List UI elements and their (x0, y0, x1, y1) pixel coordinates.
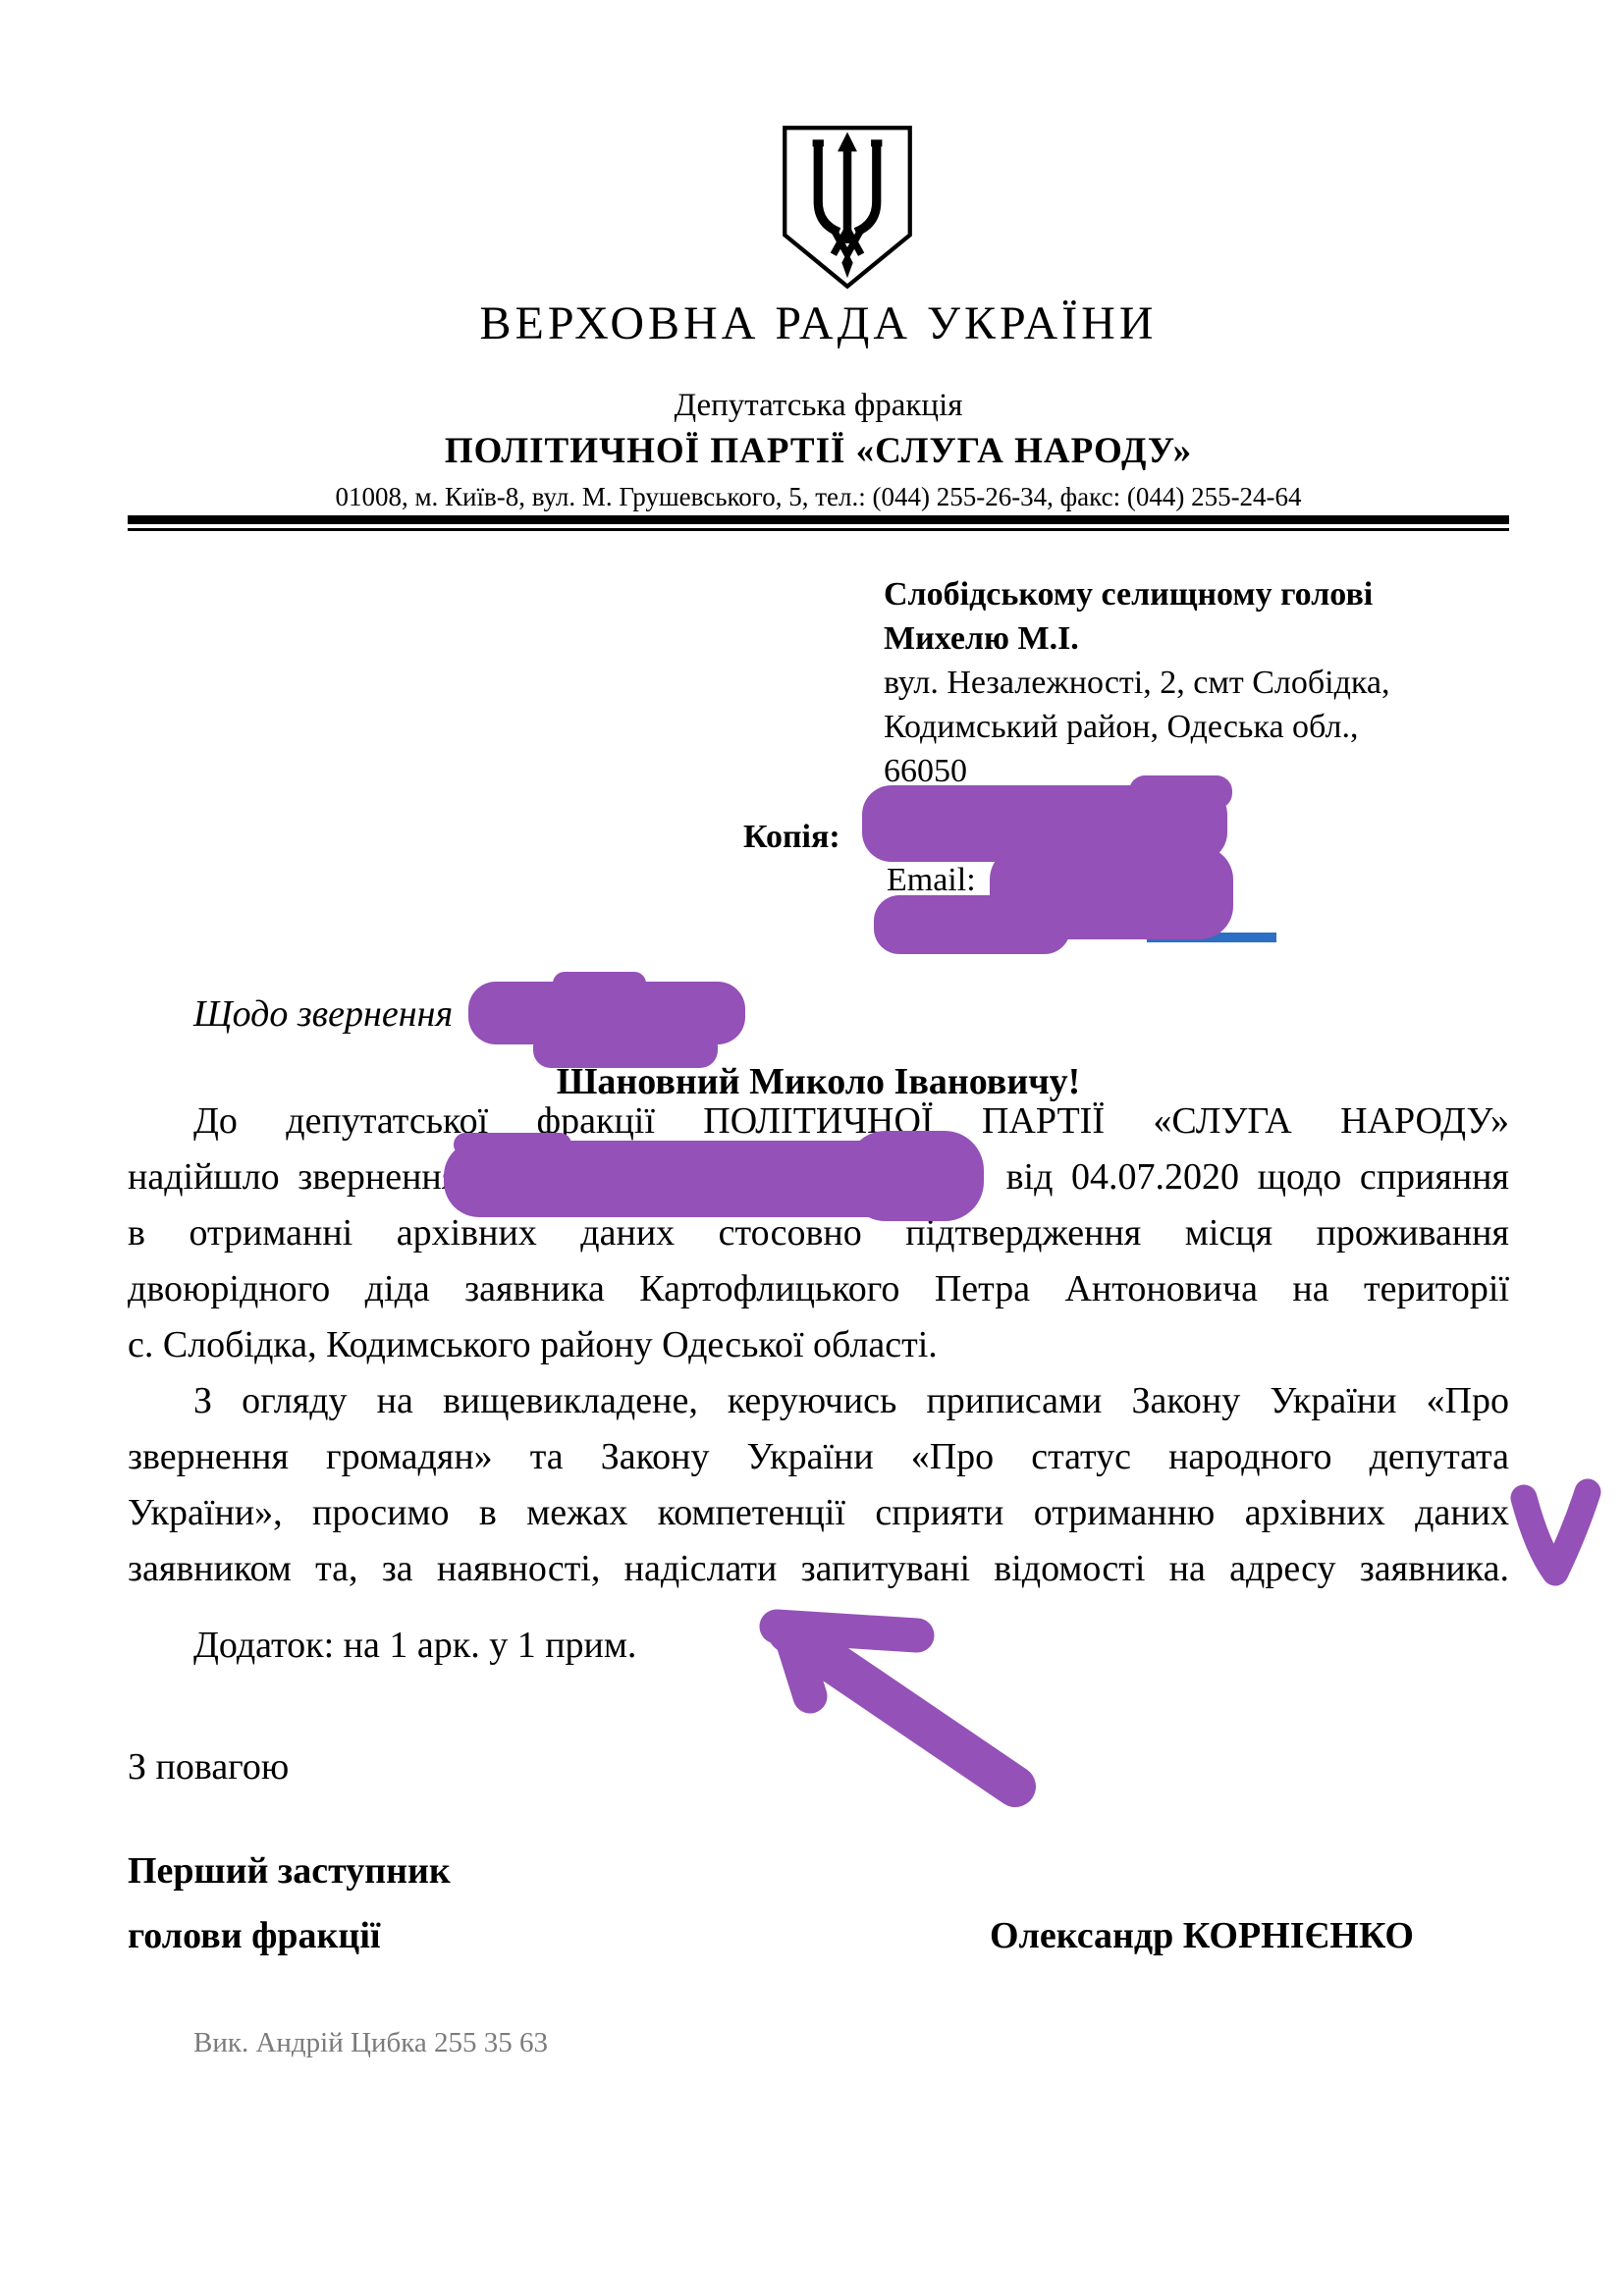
applicant-redaction-blob (846, 1131, 984, 1221)
letter-page: ВЕРХОВНА РАДА УКРАЇНИ Депутатська фракці… (0, 0, 1624, 2296)
letterhead-divider-thin (128, 528, 1509, 531)
closing-regards: З повагою (128, 1739, 289, 1795)
executor-note: Вик. Андрій Цибка 255 35 63 (193, 2024, 548, 2061)
body-line-segment: від 04.07.2020 щодо сприяння (1006, 1156, 1509, 1198)
trident-icon (778, 124, 917, 291)
body-line: України», просимо в межах компетенції сп… (128, 1485, 1509, 1541)
checkmark-annotation (1524, 1492, 1588, 1573)
subject-redaction-blob (553, 972, 646, 995)
org-subtitle-fraction: Депутатська фракція (128, 385, 1509, 426)
recipient-line: Слобідському селищному голові (884, 572, 1434, 616)
paragraph-2: З огляду на вищевикладене, керуючись при… (128, 1373, 1509, 1597)
signer-name: Олександр КОРНІЄНКО (943, 1908, 1414, 1964)
recipient-line: Кодимський район, Одеська обл., (884, 705, 1434, 749)
org-address: 01008, м. Київ-8, вул. М. Грушевського, … (128, 480, 1509, 513)
signer-title-line1: Перший заступник (128, 1843, 451, 1899)
arrow-annotation (777, 1627, 1015, 1787)
signer-title-line2: голови фракції (128, 1908, 380, 1964)
subject-line: Щодо звернення (193, 989, 453, 1039)
body-line: заявником та, за наявності, надіслати за… (128, 1541, 1509, 1597)
body-line: З огляду на вищевикладене, керуючись при… (128, 1373, 1509, 1429)
letterhead-divider-thick (128, 515, 1509, 524)
applicant-redaction-blob (454, 1133, 571, 1156)
recipient-line: вул. Незалежності, 2, смт Слобідка, (884, 661, 1434, 705)
ukraine-trident-emblem (778, 124, 917, 291)
email-redaction-blob (874, 895, 1070, 954)
copy-label: Копія: (743, 815, 840, 859)
copy-redaction-blob (1129, 775, 1232, 809)
body-line: с. Слобідка, Кодимського району Одеської… (128, 1317, 1509, 1373)
recipient-line: Михелю М.І. (884, 616, 1434, 661)
body-line-segment: надійшло звернення (128, 1156, 459, 1198)
recipient-block: Слобідському селищному голові Михелю М.І… (884, 572, 1434, 793)
paragraph-1: До депутатської фракції ПОЛІТИЧНОЇ ПАРТІ… (128, 1094, 1509, 1373)
body-line: двоюрідного діда заявника Картофлицького… (128, 1261, 1509, 1317)
body-line: звернення громадян» та Закону України «П… (128, 1429, 1509, 1485)
attachment-note: Додаток: на 1 арк. у 1 прим. (193, 1618, 636, 1674)
org-subtitle-party: ПОЛІТИЧНОЇ ПАРТІЇ «СЛУГА НАРОДУ» (128, 428, 1509, 475)
org-title: ВЕРХОВНА РАДА УКРАЇНИ (128, 294, 1509, 353)
